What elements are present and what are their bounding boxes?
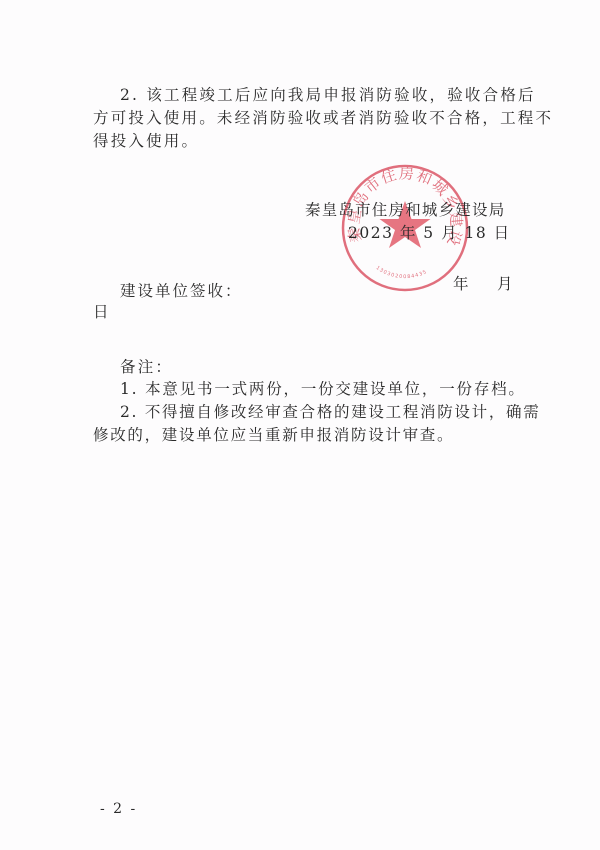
svg-text:1303020084435: 1303020084435	[375, 265, 429, 280]
receipt-signature-label: 建设单位签收：	[120, 281, 243, 301]
seal-serial: 1303020084435	[375, 265, 429, 280]
notes-title: 备注：	[120, 357, 173, 377]
paragraph-2-line-1: 2. 该工程竣工后应向我局申报消防验收，验收合格后	[120, 85, 536, 105]
note-item-2-line-2: 修改的，建设单位应当重新申报消防设计审查。	[93, 425, 454, 445]
note-item-2-line-1: 2. 不得擅自修改经审查合格的建设工程消防设计，确需	[120, 402, 540, 422]
note-item-1: 1. 本意见书一式两份，一份交建设单位，一份存档。	[120, 379, 526, 399]
page-number: - 2 -	[100, 799, 137, 819]
paragraph-2-line-2: 方可投入使用。未经消防验收或者消防验收不合格，工程不	[93, 108, 553, 128]
receipt-month-label: 月	[497, 274, 515, 294]
issue-date: 2023 年 5 月 18 日	[348, 223, 511, 243]
document-page: 2. 该工程竣工后应向我局申报消防验收，验收合格后 方可投入使用。未经消防验收或…	[0, 0, 600, 850]
receipt-day-label: 日	[93, 302, 111, 322]
issuing-organization: 秦皇岛市住房和城乡建设局	[305, 200, 505, 220]
paragraph-2-line-3: 得投入使用。	[93, 131, 199, 151]
